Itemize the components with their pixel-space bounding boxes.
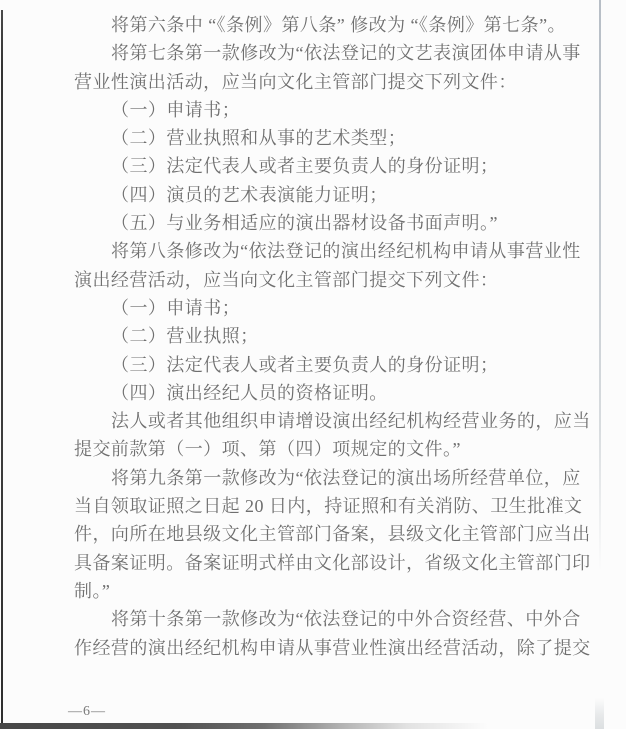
text-line: （四）演员的艺术表演能力证明； bbox=[74, 181, 590, 209]
text-line: 营业性演出活动，应当向文化主管部门提交下列文件： bbox=[74, 68, 590, 96]
text-line: （二）营业执照和从事的艺术类型； bbox=[74, 124, 590, 152]
text-line: 提交前款第（一）项、第（四）项规定的文件。” bbox=[74, 435, 590, 463]
text-line: 制。” bbox=[74, 577, 590, 605]
text-line: （五）与业务相适应的演出器材设备书面声明。” bbox=[74, 209, 590, 237]
text-line: 件，向所在地县级文化主管部门备案，县级文化主管部门应当出 bbox=[74, 520, 590, 548]
text-line: 将第七条第一款修改为“依法登记的文艺表演团体申请从事 bbox=[74, 39, 590, 67]
text-line: 将第九条第一款修改为“依法登记的演出场所经营单位，应 bbox=[74, 464, 590, 492]
text-line: （三）法定代表人或者主要负责人的身份证明； bbox=[74, 152, 590, 180]
document-text: 将第六条中 “《条例》第八条” 修改为 “《条例》第七条”。将第七条第一款修改为… bbox=[74, 11, 590, 662]
text-line: 将第六条中 “《条例》第八条” 修改为 “《条例》第七条”。 bbox=[74, 11, 590, 39]
text-line: （一）申请书； bbox=[74, 294, 590, 322]
text-line: （二）营业执照； bbox=[74, 322, 590, 350]
text-line: 法人或者其他组织申请增设演出经纪机构经营业务的，应当 bbox=[74, 407, 590, 435]
text-line: 具备案证明。备案证明式样由文化部设计，省级文化主管部门印 bbox=[74, 549, 590, 577]
scan-left-edge-line bbox=[1, 10, 3, 729]
text-line: 将第十条第一款修改为“依法登记的中外合资经营、中外合 bbox=[74, 605, 590, 633]
text-line: 演出经营活动，应当向文化主管部门提交下列文件： bbox=[74, 266, 590, 294]
text-line: 当自领取证照之日起 20 日内，持证照和有关消防、卫生批准文 bbox=[74, 492, 590, 520]
page-number: —6— bbox=[68, 704, 106, 720]
text-line: （一）申请书； bbox=[74, 96, 590, 124]
text-line: 将第八条修改为“依法登记的演出经纪机构申请从事营业性 bbox=[74, 237, 590, 265]
text-line: （三）法定代表人或者主要负责人的身份证明； bbox=[74, 351, 590, 379]
scan-smudge bbox=[595, 698, 604, 729]
scan-right-edge-line bbox=[599, 0, 601, 572]
document-page: 将第六条中 “《条例》第八条” 修改为 “《条例》第七条”。将第七条第一款修改为… bbox=[0, 0, 626, 729]
text-line: （四）演出经纪人员的资格证明。 bbox=[74, 379, 590, 407]
scan-bottom-bar bbox=[0, 723, 626, 729]
text-line: 作经营的演出经纪机构申请从事营业性演出经营活动，除了提交 bbox=[74, 634, 590, 662]
